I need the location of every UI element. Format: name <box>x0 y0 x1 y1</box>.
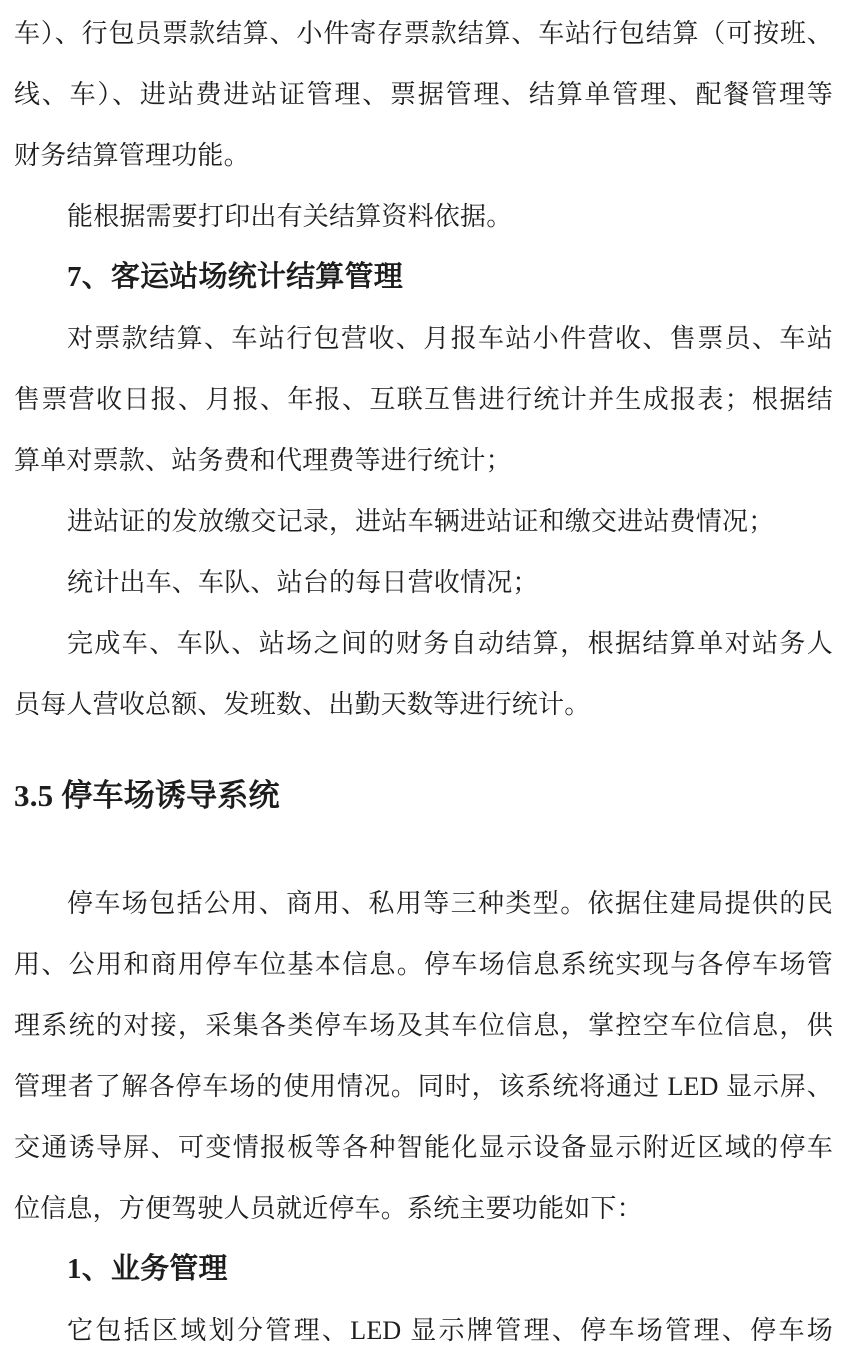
sub-heading-7: 7、客运站场统计结算管理 <box>14 247 833 308</box>
text-line: 算单对票款、站务费和代理费等进行统计； <box>14 430 833 491</box>
text-line: 员每人营收总额、发班数、出勤天数等进行统计。 <box>14 674 833 735</box>
text-line: 进站证的发放缴交记录，进站车辆进站证和缴交进站费情况； <box>14 491 833 552</box>
text-line: 能根据需要打印出有关结算资料依据。 <box>14 186 833 247</box>
text-line: 用、公用和商用停车位基本信息。停车场信息系统实现与各停车场管 <box>14 934 833 995</box>
text-line: 理系统的对接，采集各类停车场及其车位信息，掌控空车位信息，供 <box>14 995 833 1056</box>
document-page: 车）、行包员票款结算、小件寄存票款结算、车站行包结算（可按班、线、车）、进站费进… <box>0 0 846 1365</box>
text-line: 车）、行包员票款结算、小件寄存票款结算、车站行包结算（可按班、 <box>14 3 833 64</box>
document-body: 车）、行包员票款结算、小件寄存票款结算、车站行包结算（可按班、线、车）、进站费进… <box>0 0 846 1361</box>
text-line: 对票款结算、车站行包营收、月报车站小件营收、售票员、车站 <box>14 308 833 369</box>
text-line: 售票营收日报、月报、年报、互联互售进行统计并生成报表；根据结 <box>14 369 833 430</box>
text-line: 完成车、车队、站场之间的财务自动结算，根据结算单对站务人 <box>14 613 833 674</box>
text-line: 它包括区域划分管理、LED 显示牌管理、停车场管理、停车场 <box>14 1300 833 1361</box>
text-line: 交通诱导屏、可变情报板等各种智能化显示设备显示附近区域的停车 <box>14 1117 833 1178</box>
text-line: 位信息，方便驾驶人员就近停车。系统主要功能如下： <box>14 1178 833 1239</box>
sub-heading-1: 1、业务管理 <box>14 1239 833 1300</box>
text-line: 统计出车、车队、站台的每日营收情况； <box>14 552 833 613</box>
text-line: 线、车）、进站费进站证管理、票据管理、结算单管理、配餐管理等 <box>14 64 833 125</box>
text-line: 停车场包括公用、商用、私用等三种类型。依据住建局提供的民 <box>14 873 833 934</box>
text-line: 管理者了解各停车场的使用情况。同时，该系统将通过 LED 显示屏、 <box>14 1056 833 1117</box>
text-line: 财务结算管理功能。 <box>14 125 833 186</box>
section-heading-3-5: 3.5 停车场诱导系统 <box>14 765 833 826</box>
